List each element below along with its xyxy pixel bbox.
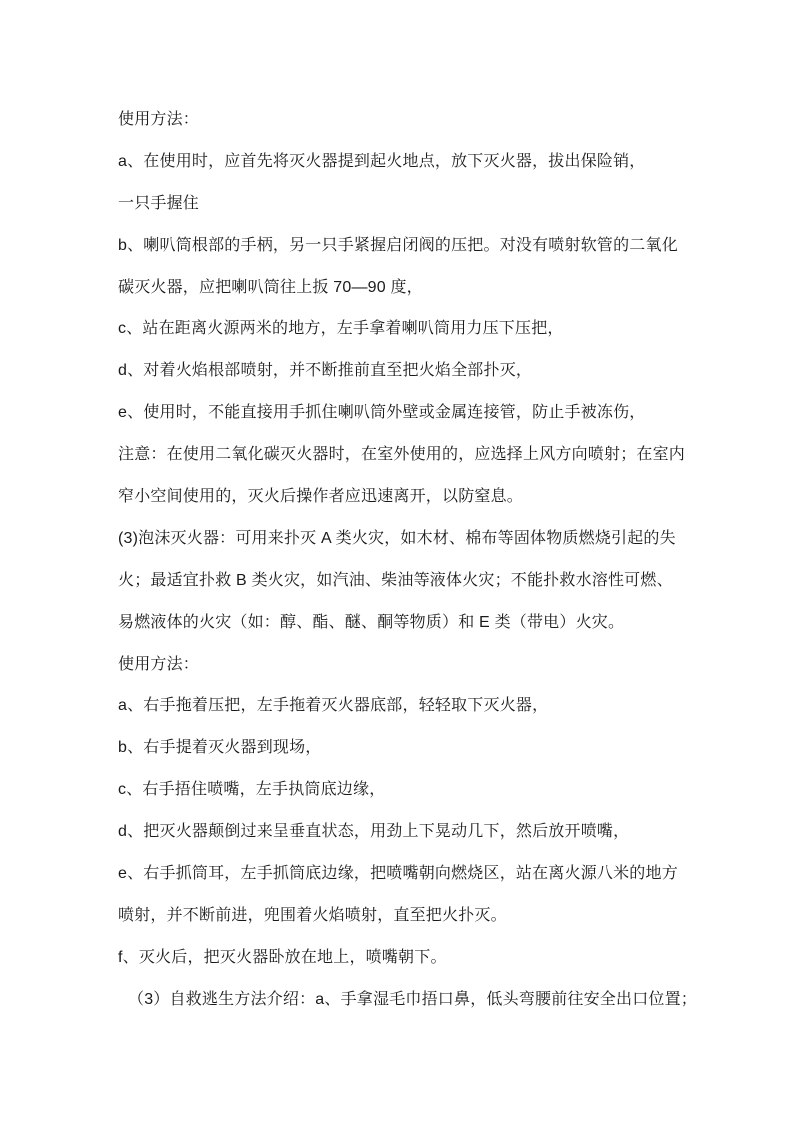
text-line-foam-step-e-cont: 喷射，并不断前进，兜围着火焰喷射，直至把火扑灭。 [118,895,680,937]
text-line-foam-step-d: d、把灭火器颠倒过来呈垂直状态，用劲上下晃动几下，然后放开喷嘴， [118,811,680,853]
text-line-usage-heading-2: 使用方法： [118,644,680,686]
text-line-self-rescue-intro: （3）自救逃生方法介绍：a、手拿湿毛巾捂口鼻，低头弯腰前往安全出口位置； [118,979,680,1021]
text-line-foam-step-a: a、右手拖着压把，左手拖着灭火器底部，轻轻取下灭火器， [118,685,680,727]
text-line-co2-step-d: d、对着火焰根部喷射，并不断推前直至把火焰全部扑灭， [118,350,680,392]
text-line-foam-step-e: e、右手抓筒耳，左手抓筒底边缘，把喷嘴朝向燃烧区，站在离火源八米的地方 [118,853,680,895]
text-line-co2-note: 注意：在使用二氧化碳灭火器时，在室外使用的，应选择上风方向喷射；在室内 [118,434,680,476]
text-line-foam-step-f: f、灭火后，把灭火器卧放在地上，喷嘴朝下。 [118,937,680,979]
text-line-foam-intro-cont2: 易燃液体的火灾（如：醇、酯、醚、酮等物质）和 E 类（带电）火灾。 [118,602,680,644]
text-line-foam-step-b: b、右手提着灭火器到现场， [118,727,680,769]
text-line-co2-step-b: b、喇叭筒根部的手柄，另一只手紧握启闭阀的压把。对没有喷射软管的二氧化 [118,225,680,267]
text-line-co2-step-a: a、在使用时，应首先将灭火器提到起火地点，放下灭火器，拔出保险销， [118,141,680,183]
text-line-foam-intro: (3)泡沫灭火器：可用来扑灭 A 类火灾，如木材、棉布等固体物质燃烧引起的失 [118,518,680,560]
text-line-foam-step-c: c、右手捂住喷嘴，左手执筒底边缘， [118,769,680,811]
text-line-co2-step-b-cont: 碳灭火器，应把喇叭筒往上扳 70—90 度， [118,267,680,309]
text-line-co2-step-c: c、站在距离火源两米的地方，左手拿着喇叭筒用力压下压把， [118,308,680,350]
text-line-foam-intro-cont1: 火；最适宜扑救 B 类火灾，如汽油、柴油等液体火灾；不能扑救水溶性可燃、 [118,560,680,602]
document-page: 使用方法： a、在使用时，应首先将灭火器提到起火地点，放下灭火器，拔出保险销， … [0,0,793,1122]
text-line-co2-step-e: e、使用时，不能直接用手抓住喇叭筒外壁或金属连接管，防止手被冻伤， [118,392,680,434]
text-line-co2-note-cont: 窄小空间使用的，灭火后操作者应迅速离开，以防窒息。 [118,476,680,518]
document-text-block: 使用方法： a、在使用时，应首先将灭火器提到起火地点，放下灭火器，拔出保险销， … [118,99,680,1021]
text-line-usage-heading-1: 使用方法： [118,99,680,141]
text-line-co2-step-a-cont: 一只手握住 [118,183,680,225]
